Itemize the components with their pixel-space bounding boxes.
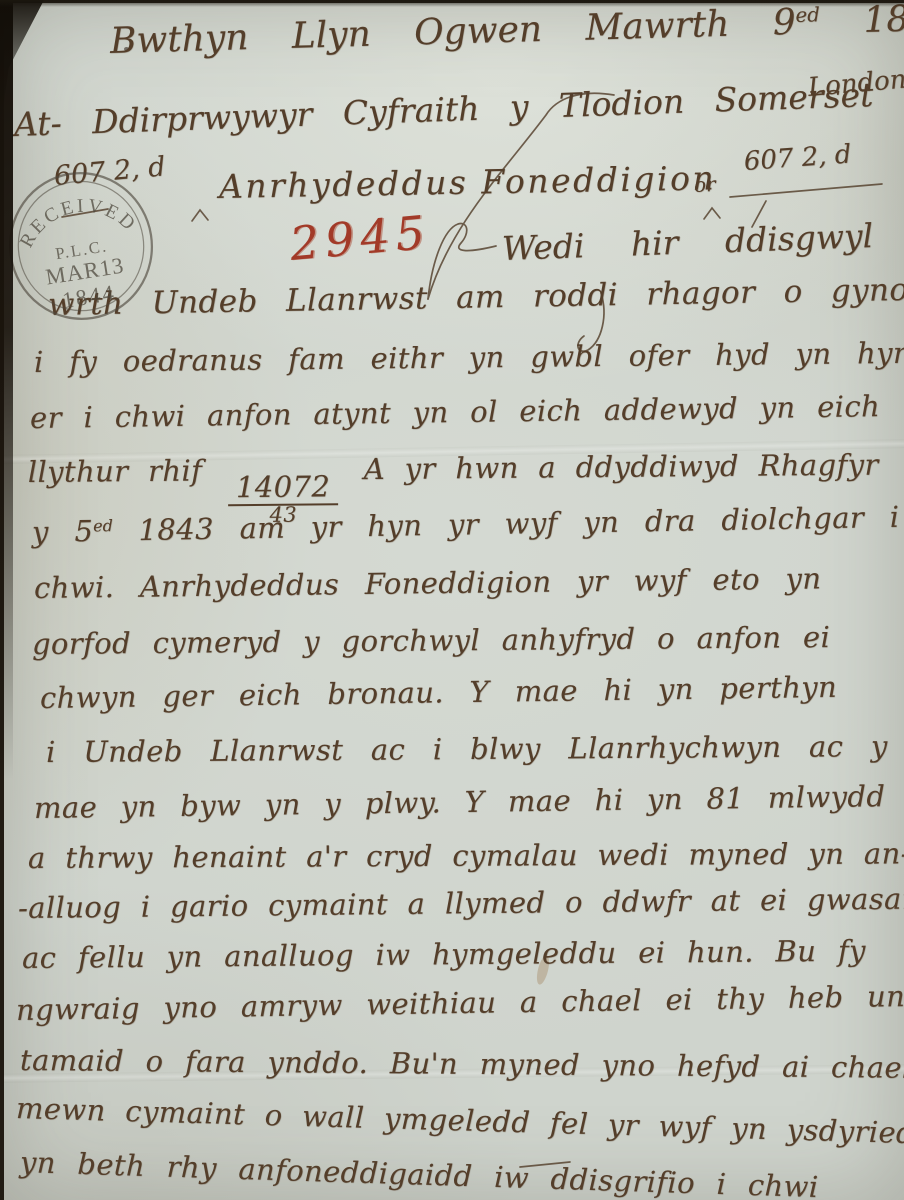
letter-line: chwyn ger eich bronau. Y mae hi yn perth…: [40, 670, 838, 715]
line-text: A yr hwn a ddyddiwyd Rhagfyr: [344, 448, 879, 487]
dateline: Bwthyn Llyn Ogwen Mawrth 9ed 1844: [109, 0, 904, 62]
insertion-mark-or: or: [693, 172, 716, 197]
letter-line: gorfod cymeryd y gorchwyl anhyfryd o anf…: [32, 620, 831, 661]
opening-phrase: Wedi hir ddisgwyl: [501, 216, 873, 268]
caret-mark-left: [192, 210, 208, 221]
letter-page: Bwthyn Llyn Ogwen Mawrth 9ed 1844 London…: [4, 3, 904, 1200]
letter-line: mewn cymaint o wall ymgeledd fel yr wyf …: [16, 1091, 904, 1150]
letter-line: er i chwi anfon atynt yn ol eich addewyd…: [30, 389, 881, 435]
letter-line: chwi. Anrhydeddus Foneddigion yr wyf eto…: [34, 561, 822, 605]
book-binding-edge: [0, 0, 13, 780]
caret-mark-right: [704, 208, 720, 219]
address-line: At- Ddirprwywyr Cyfraith y Tlodion Somer…: [13, 70, 904, 143]
letter-line: -alluog i gario cymaint a llymed o ddwfr…: [18, 881, 904, 925]
letter-line: a thrwy henaint a'r cryd cymalau wedi my…: [28, 836, 904, 875]
letter-line: ngwraig yno amryw weithiau a chael ei th…: [16, 979, 904, 1027]
received-stamp: RECEIVED P.L.C. MAR13 1844: [4, 169, 158, 323]
manuscript-photo: { "colors":{ "paper":"#cfd4cd", "ink":"#…: [0, 0, 904, 1200]
letter-line: yn beth rhy anfoneddigaidd iw ddisgrifio…: [19, 1145, 819, 1200]
letter-line: mae yn byw yn y plwy. Y mae hi yn 81 mlw…: [34, 778, 904, 825]
letter-line: i fy oedranus fam eithr yn gwbl ofer hyd…: [34, 336, 904, 379]
date-ordinal-superscript: ed: [93, 516, 113, 535]
dateline-text: Bwthyn Llyn Ogwen Mawrth 9: [109, 2, 796, 62]
letter-line: wrth Undeb Llanrwst am roddi rhagor o gy…: [48, 270, 904, 323]
letter-line: i Undeb Llanrwst ac i blwy Llanrhychwyn …: [46, 729, 888, 769]
salutation: Anrhydeddus Foneddigion: [219, 158, 717, 206]
registry-number-red: 2945: [288, 205, 433, 271]
annotation-underline-right: [730, 184, 882, 197]
photo-top-edge: [0, 0, 904, 7]
line-text: llythur rhif: [28, 453, 222, 489]
line-text: y 5: [32, 514, 94, 549]
letter-line: ac fellu yn analluog iw hymgeleddu ei hu…: [22, 934, 866, 975]
registry-annotation-right: 607 2, d: [743, 140, 852, 177]
reference-number: 14072: [228, 473, 339, 506]
